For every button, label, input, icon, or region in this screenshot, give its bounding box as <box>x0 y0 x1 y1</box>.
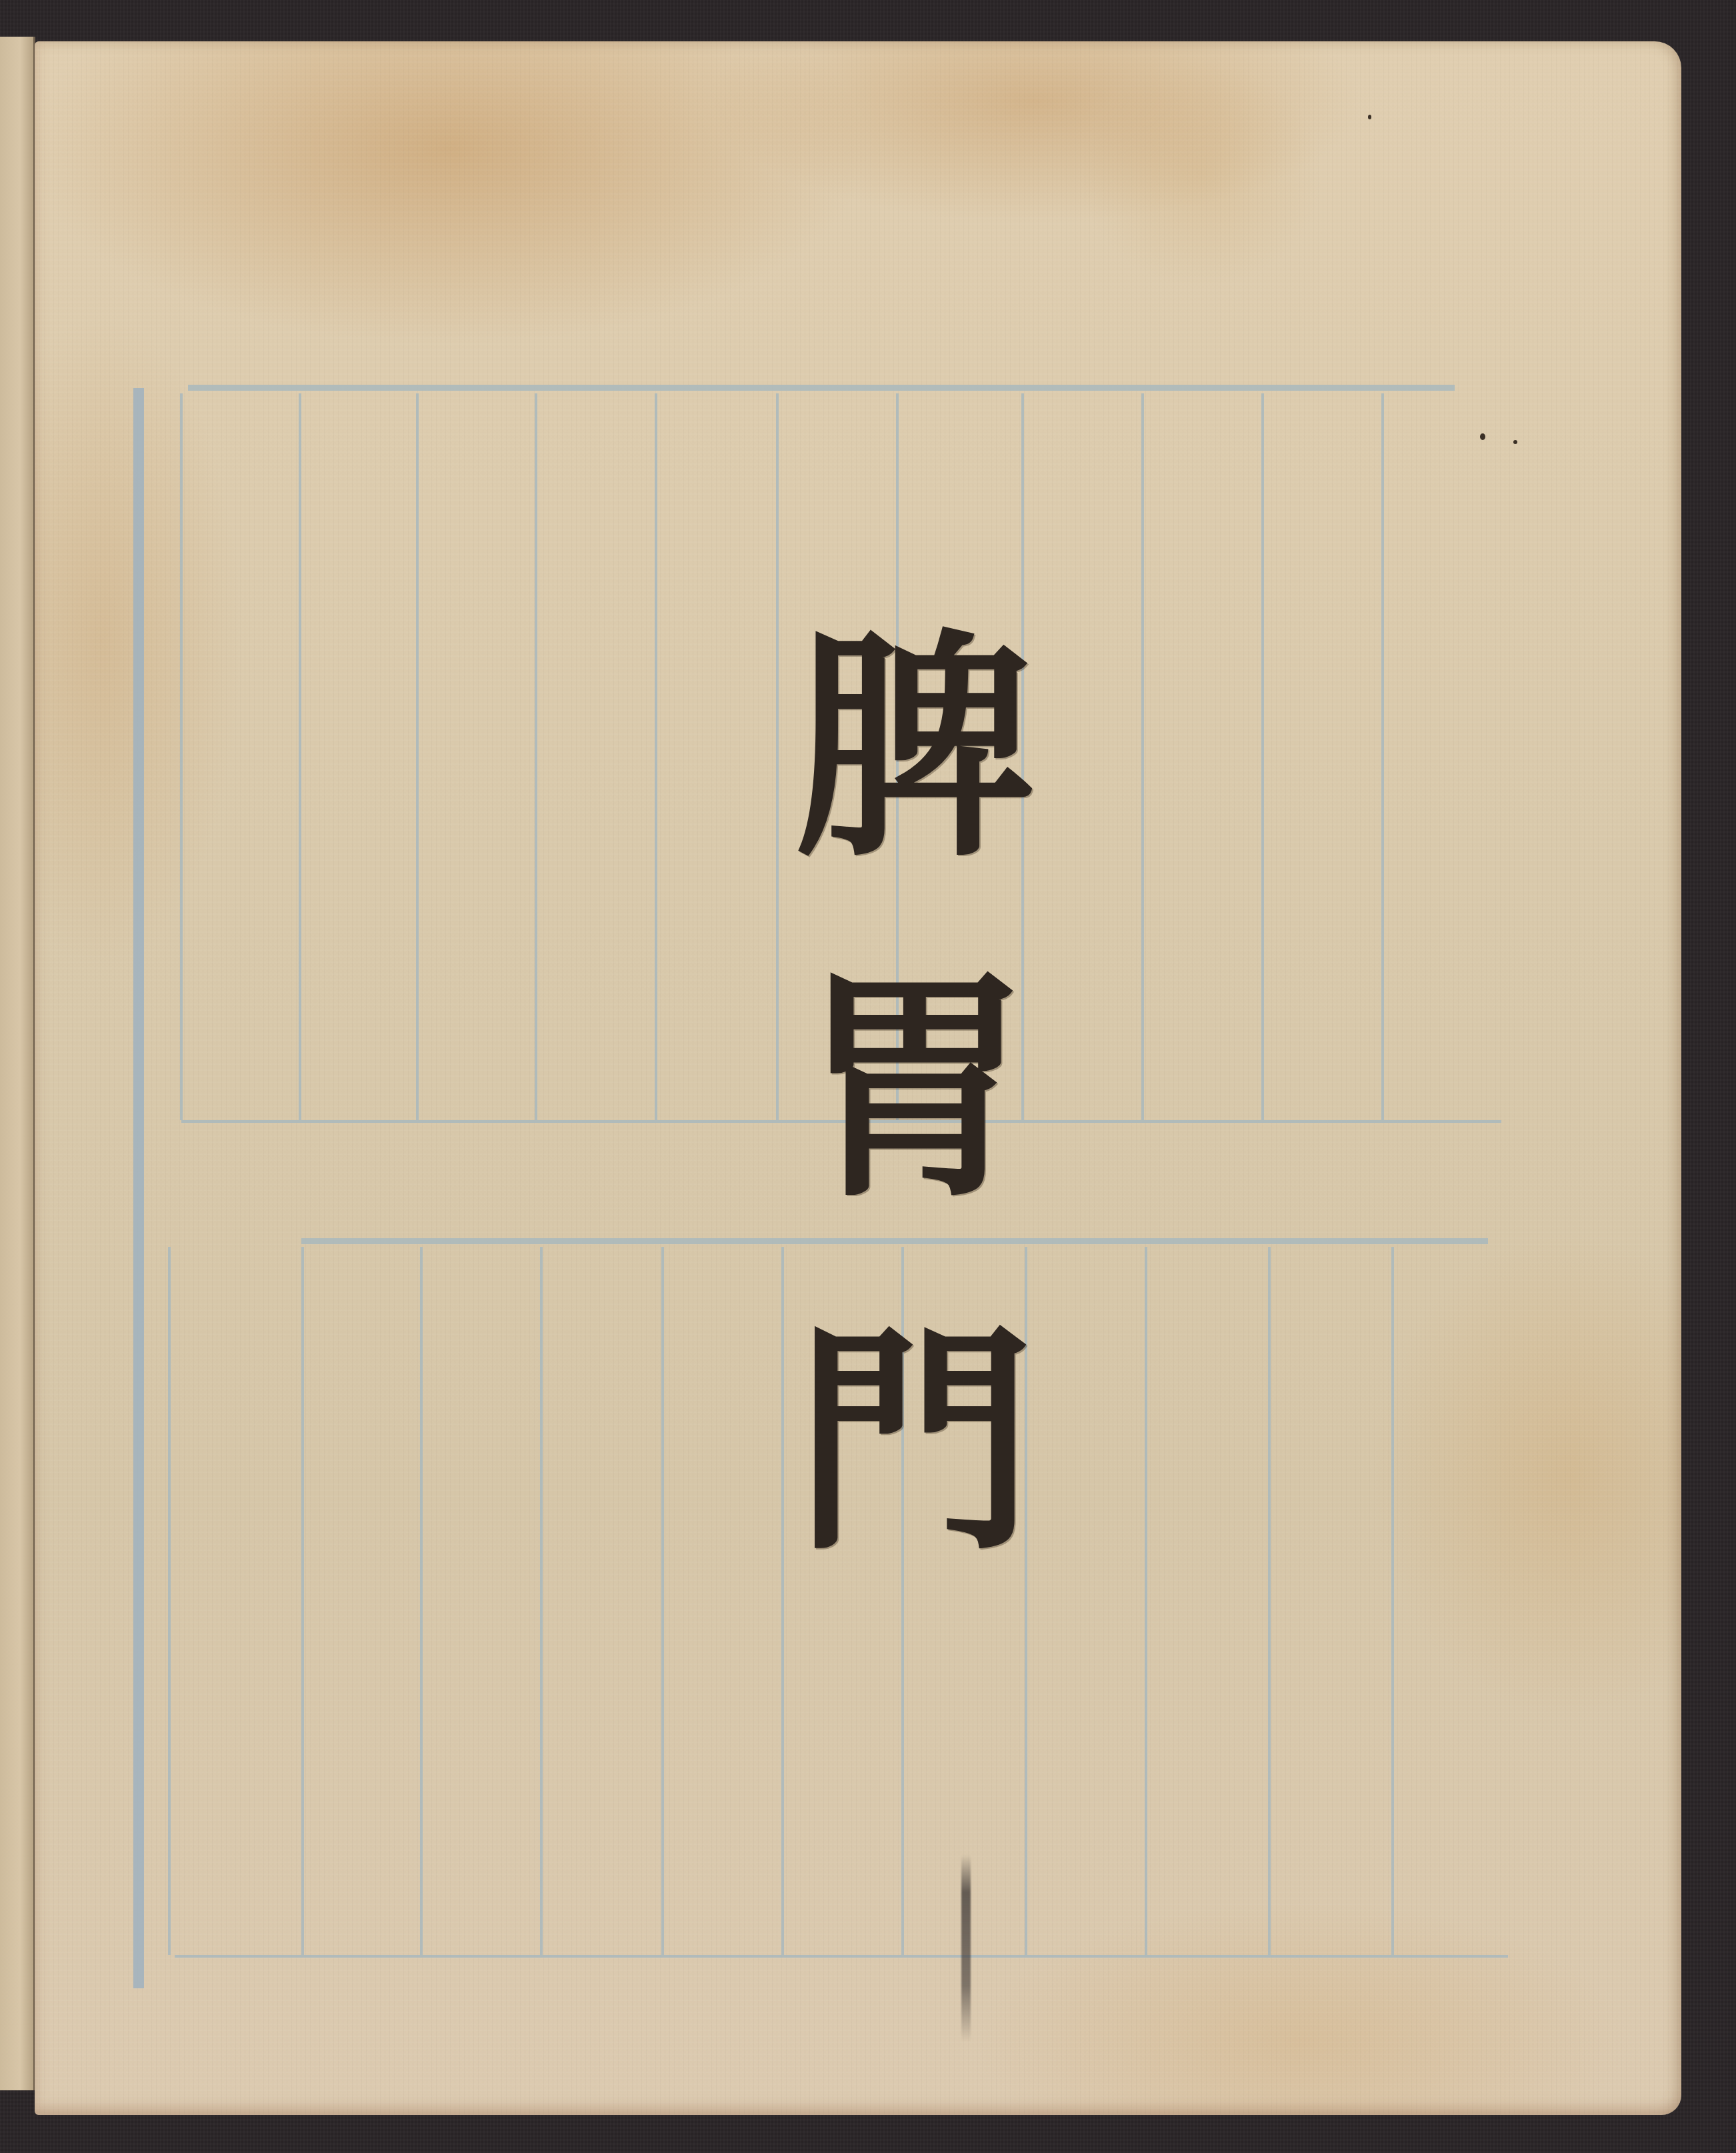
ink-speck <box>1368 115 1371 119</box>
upper-grid-column-rule <box>180 393 183 1120</box>
upper-grid-column-rule <box>1261 393 1264 1120</box>
upper-grid-column-rule <box>535 393 537 1120</box>
title-char-stomach: 胃 <box>795 968 1035 1208</box>
upper-grid-column-rule <box>299 393 301 1120</box>
left-border-rule <box>133 388 144 1988</box>
lower-grid-column-rule <box>168 1247 171 1955</box>
lower-grid-column-rule <box>301 1247 304 1955</box>
lower-grid-bottom-rule <box>175 1955 1508 1958</box>
lower-grid-column-rule <box>420 1247 423 1955</box>
ink-speck <box>1513 440 1517 444</box>
upper-grid-column-rule <box>655 393 657 1120</box>
title-char-spleen: 脾 <box>795 628 1035 868</box>
previous-page-edge <box>0 37 35 2090</box>
lower-grid-column-rule <box>1145 1247 1147 1955</box>
section-title: 脾 胃 門 <box>775 628 1055 1562</box>
ink-smudge <box>961 1855 971 2042</box>
upper-grid-column-rule <box>1141 393 1144 1120</box>
lower-grid-column-rule <box>661 1247 664 1955</box>
upper-grid-column-rule <box>1381 393 1384 1120</box>
lower-grid-column-rule <box>540 1247 543 1955</box>
ink-speck <box>1480 433 1485 440</box>
lower-grid-column-rule <box>1268 1247 1271 1955</box>
manuscript-page: 脾 胃 門 <box>35 41 1681 2115</box>
upper-grid-top-rule <box>188 385 1455 391</box>
lower-grid-column-rule <box>1391 1247 1394 1955</box>
title-char-gate: 門 <box>795 1322 1035 1562</box>
upper-grid-column-rule <box>416 393 419 1120</box>
